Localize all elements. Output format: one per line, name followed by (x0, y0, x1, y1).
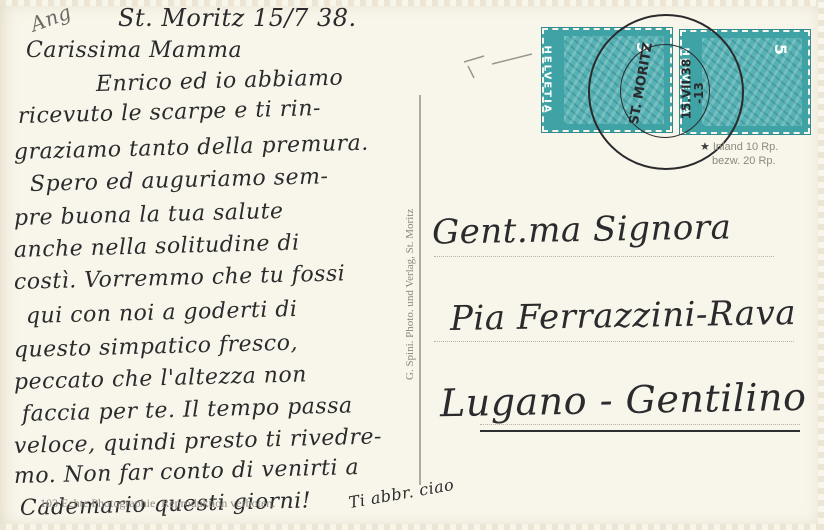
address-rule-2 (434, 341, 794, 343)
letter-line: Enrico ed io abbiamo (96, 66, 344, 97)
printed-copyright-line: 103 Echte Photographie. Reproduktion ver… (40, 496, 275, 511)
center-divider (419, 95, 421, 485)
address-line-2: Pia Ferrazzini-Rava (450, 293, 797, 339)
letter-line: costì. Vorremmo che tu fossi (14, 261, 346, 295)
star-icon: ★ (700, 141, 710, 153)
deckled-edge-right (818, 0, 824, 530)
letter-line: qui con noi a goderti di (26, 297, 298, 329)
address-rule-3 (480, 424, 800, 426)
postage-note-line2: bezw. 20 Rp. (700, 154, 778, 168)
signoff: Ti abbr. ciao (347, 475, 455, 512)
salutation: Carissima Mamma (26, 38, 242, 63)
place-date: St. Moritz 15/7 38. (118, 4, 357, 32)
letter-line: faccia per te. Il tempo passa (22, 393, 353, 427)
deckled-edge-bottom (0, 524, 824, 530)
letter-line: veloce, quindi presto ti rivedre- (14, 424, 383, 459)
address-rule-1 (434, 256, 774, 258)
letter-line: pre buona la tua salute (14, 199, 284, 231)
address-underline (480, 430, 800, 432)
pencil-mark-icon (462, 52, 542, 82)
letter-line: anche nella solitudine di (14, 231, 300, 263)
stamp-value: 5 (771, 44, 790, 55)
letter-line: questo simpatico fresco, (14, 331, 299, 363)
postcard-back: Ang St. Moritz 15/7 38. Carissima Mamma … (0, 0, 824, 530)
letter-line: ricevuto le scarpe e ti rin- (18, 96, 322, 129)
printed-publisher-credit: G. Spini. Photo. und Verlag, St. Moritz (404, 90, 416, 380)
postage-note-line1: Inland 10 Rp. (713, 141, 778, 153)
letter-line: mo. Non far conto di venirti a (14, 455, 360, 489)
address-line-1: Gent.ma Signora (432, 207, 732, 252)
letter-line: graziamo tanto della premura. (14, 131, 369, 165)
address-line-3: Lugano - Gentilino (440, 375, 807, 425)
letter-line: peccato che l'altezza non (14, 362, 307, 395)
letter-line: Spero ed auguriamo sem- (30, 164, 329, 197)
postmark-time: -13 (692, 82, 706, 104)
postage-note: ★Inland 10 Rp. bezw. 20 Rp. (700, 140, 778, 168)
stamp-country: HELVETIA (542, 45, 553, 114)
